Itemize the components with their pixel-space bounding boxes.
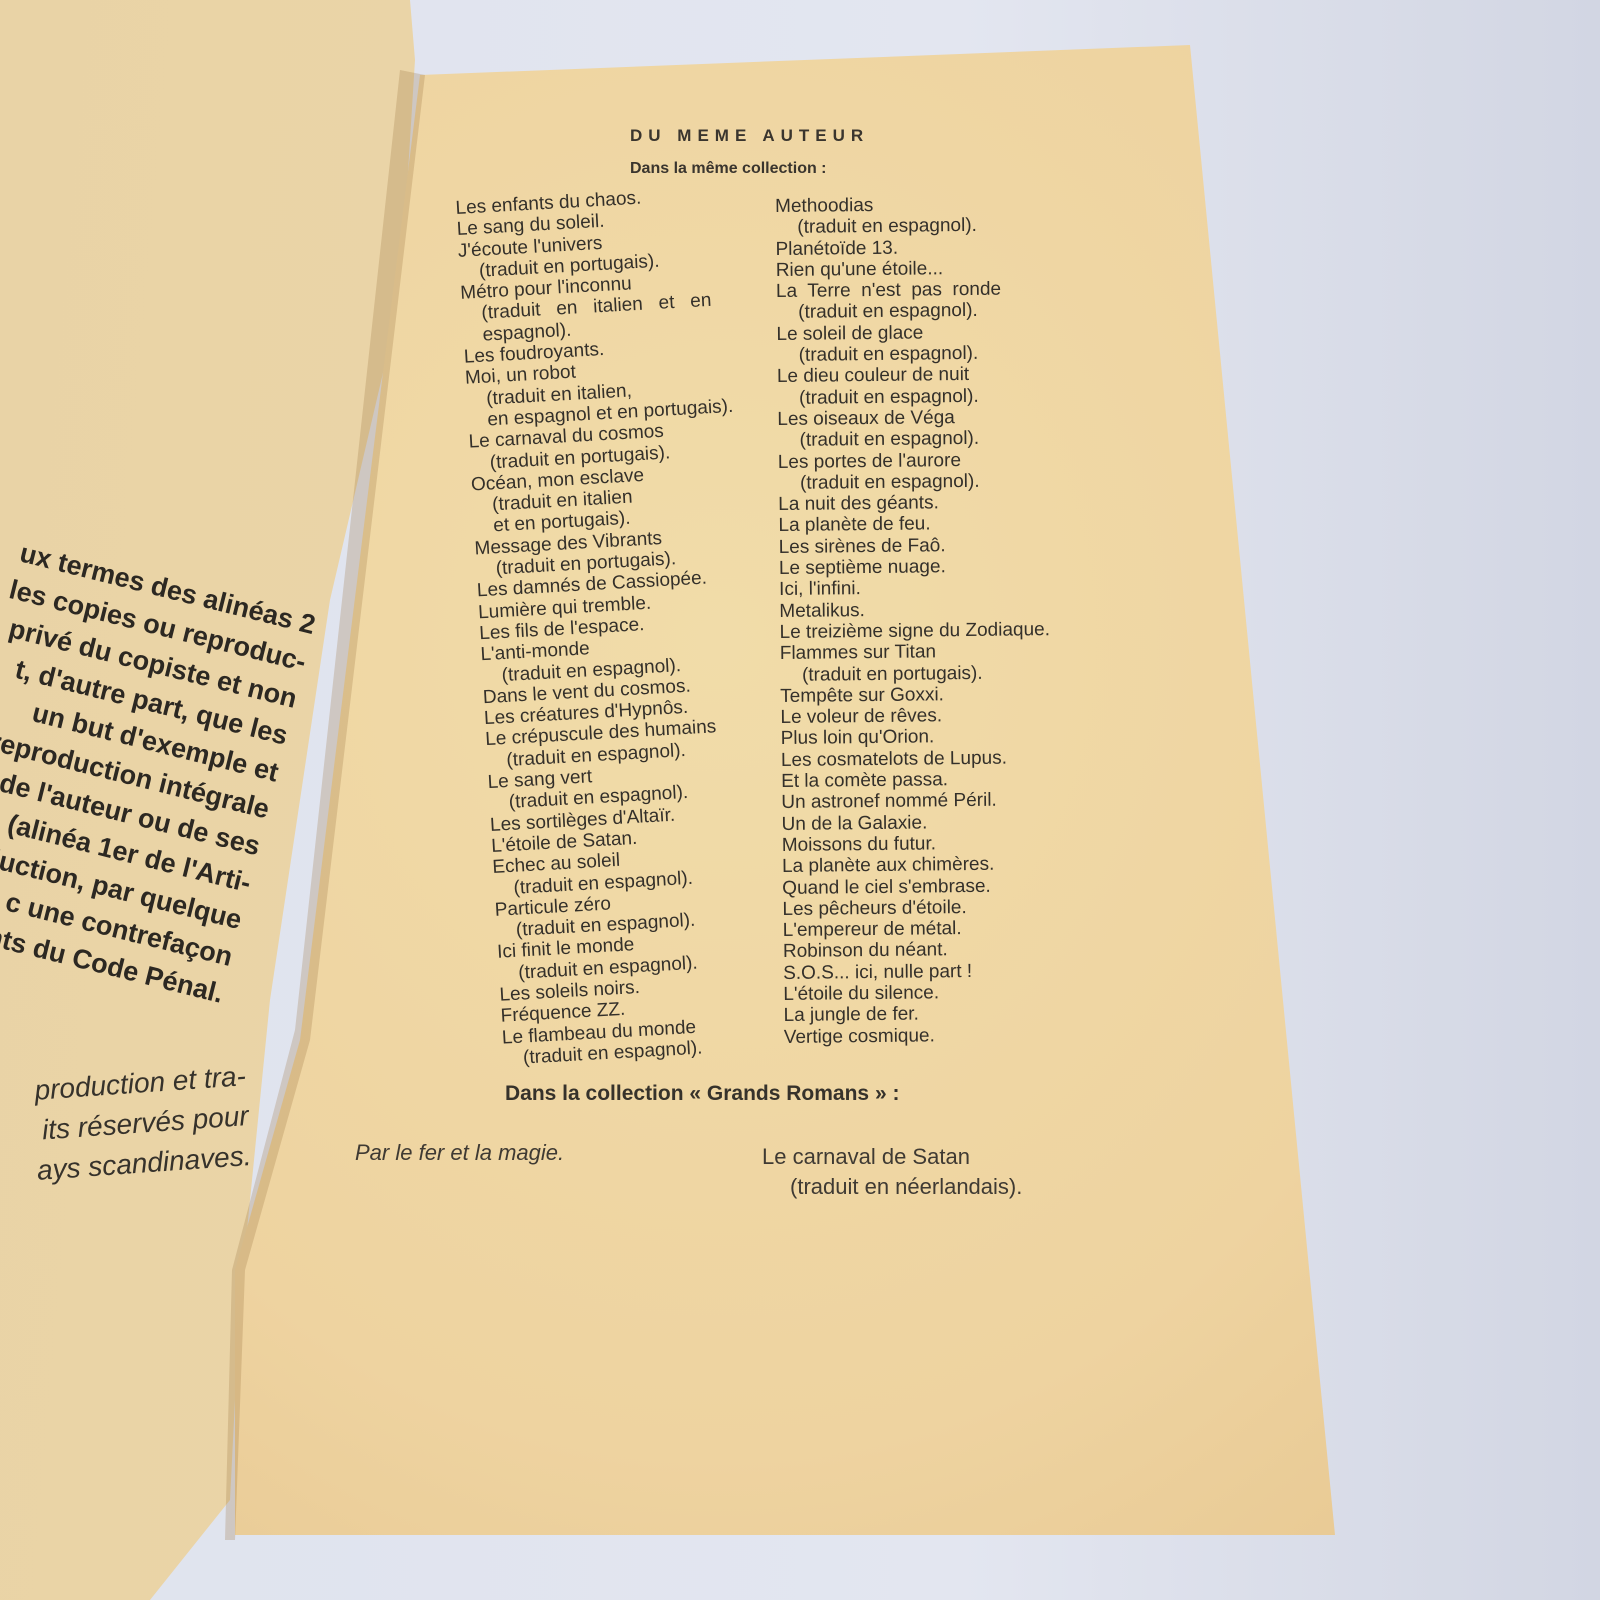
book-title: Un astronef nommé Péril.: [781, 789, 1052, 813]
book-title: Quand le ciel s'embrase.: [782, 875, 1053, 899]
book-title: L'empereur de métal.: [783, 917, 1054, 941]
translation-note: (traduit en espagnol).: [777, 385, 1048, 409]
rights-notice: production et tra-its réservés pourays s…: [0, 1056, 253, 1195]
book-title: Les oiseaux de Véga: [777, 406, 1048, 430]
book-title: Les portes de l'aurore: [778, 449, 1049, 473]
book-title: Le soleil de glace: [776, 321, 1047, 345]
book-title: Le septième nuage.: [779, 555, 1050, 579]
book-title: Tempête sur Goxxi.: [780, 683, 1051, 707]
book-title: La planète de feu.: [778, 513, 1049, 537]
collection-subheading: Dans la même collection :: [630, 160, 827, 178]
book-photo: ux termes des alinéas 2les copies ou rep…: [0, 0, 1600, 1600]
page-heading: DU MEME AUTEUR: [630, 126, 869, 146]
book-title: Un de la Galaxie.: [781, 811, 1052, 835]
book-title: Le treizième signe du Zodiaque.: [779, 619, 1050, 643]
book-title: Les sirènes de Faô.: [779, 534, 1050, 558]
book-title: Le voleur de rêves.: [780, 704, 1051, 728]
titles-column-right: Methoodias(traduit en espagnol).Planétoï…: [775, 193, 1054, 1048]
grands-romans-title-right: Le carnaval de Satan (traduit en néerlan…: [762, 1142, 1022, 1202]
book-title: Ici, l'infini.: [779, 576, 1050, 600]
translation-note: (traduit en espagnol).: [778, 470, 1049, 494]
book-title: La jungle de fer.: [783, 1002, 1054, 1026]
translation-note: (traduit en espagnol).: [777, 342, 1048, 366]
titles-column-left: Les enfants du chaos.Le sang du soleil.J…: [455, 183, 769, 1070]
book-title: Plus loin qu'Orion.: [781, 726, 1052, 750]
book-title: Les pêcheurs d'étoile.: [782, 896, 1053, 920]
book-title: Moissons du futur.: [782, 832, 1053, 856]
book-title: Flammes sur Titan: [780, 640, 1051, 664]
book-title: La planète aux chimères.: [782, 853, 1053, 877]
grands-romans-right-title: Le carnaval de Satan: [762, 1144, 970, 1169]
translation-note: (traduit en espagnol).: [776, 300, 1047, 324]
grands-romans-heading: Dans la collection « Grands Romans » :: [505, 1082, 899, 1106]
translation-note: (traduit en espagnol).: [777, 427, 1048, 451]
book-title: Robinson du néant.: [783, 939, 1054, 963]
book-title: Les cosmatelots de Lupus.: [781, 747, 1052, 771]
book-title: Le dieu couleur de nuit: [777, 364, 1048, 388]
book-title: Planétoïde 13.: [775, 236, 1046, 260]
translation-note: (traduit en portugais).: [780, 662, 1051, 686]
grands-romans-right-note: (traduit en néerlandais).: [762, 1172, 1022, 1202]
book-title: La nuit des géants.: [778, 491, 1049, 515]
translation-note: (traduit en espagnol).: [775, 214, 1046, 238]
book-title: Methoodias: [775, 193, 1046, 217]
book-title: Rien qu'une étoile...: [776, 257, 1047, 281]
book-title: Metalikus.: [779, 598, 1050, 622]
book-title: S.O.S... ici, nulle part !: [783, 960, 1054, 984]
book-title: L'étoile du silence.: [783, 981, 1054, 1005]
book-title: La Terre n'est pas ronde: [776, 278, 1047, 302]
grands-romans-title-left: Par le fer et la magie.: [355, 1140, 564, 1166]
book-title: Vertige cosmique.: [784, 1024, 1055, 1048]
book-title: Et la comète passa.: [781, 768, 1052, 792]
